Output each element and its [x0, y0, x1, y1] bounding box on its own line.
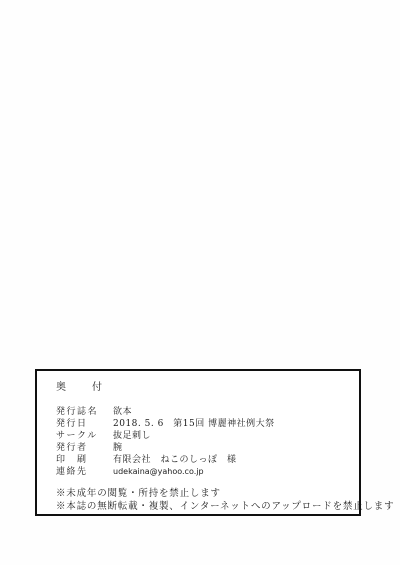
colophon-box: 奥 付 発行誌名 欲本 発行日 2018. 5. 6 第15回 博麗神社例大祭 … — [35, 369, 361, 516]
field-label-printer: 印 刷 — [56, 454, 113, 466]
scanned-page: 奥 付 発行誌名 欲本 発行日 2018. 5. 6 第15回 博麗神社例大祭 … — [0, 0, 400, 565]
field-value-title: 欲本 — [113, 406, 132, 418]
field-row-circle: サークル 抜足刺し — [56, 430, 353, 442]
field-label-circle: サークル — [56, 430, 113, 442]
field-row-printer: 印 刷 有限会社 ねこのしっぽ 様 — [56, 454, 353, 466]
field-row-publisher: 発行者 腕 — [56, 442, 353, 454]
field-label-publisher: 発行者 — [56, 442, 113, 454]
field-row-title: 発行誌名 欲本 — [56, 406, 353, 418]
field-value-circle: 抜足刺し — [113, 430, 151, 442]
field-row-contact: 連絡先 udekaina@yahoo.co.jp — [56, 466, 353, 478]
colophon-heading: 奥 付 — [56, 378, 353, 393]
notice-no-reproduction: ※本誌の無断転載・複製、インターネットへのアップロードを禁止します — [56, 501, 353, 514]
field-value-printer: 有限会社 ねこのしっぽ 様 — [113, 454, 237, 466]
contact-email: udekaina@yahoo.co.jp — [113, 466, 204, 478]
field-row-date: 発行日 2018. 5. 6 第15回 博麗神社例大祭 — [56, 418, 353, 430]
field-value-date: 2018. 5. 6 第15回 博麗神社例大祭 — [113, 418, 275, 430]
field-label-date: 発行日 — [56, 418, 113, 430]
field-label-contact: 連絡先 — [56, 466, 113, 478]
notices: ※未成年の閲覧・所持を禁止します ※本誌の無断転載・複製、インターネットへのアッ… — [56, 488, 353, 513]
field-value-publisher: 腕 — [113, 442, 123, 454]
notice-age-restriction: ※未成年の閲覧・所持を禁止します — [56, 488, 353, 501]
field-label-title: 発行誌名 — [56, 406, 113, 418]
